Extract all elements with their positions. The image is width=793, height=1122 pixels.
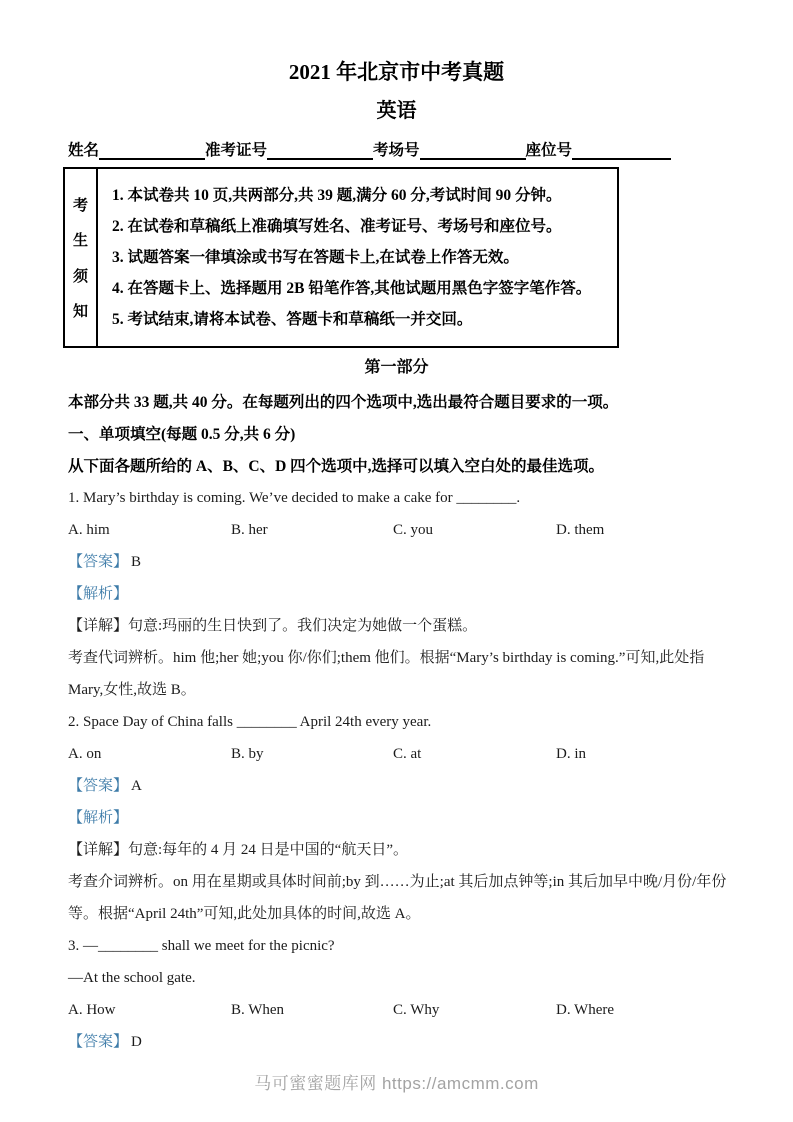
answer-label: 【答案】: [68, 1034, 128, 1050]
exam-room-label: 考场号: [373, 138, 420, 160]
subject-title: 英语: [68, 99, 725, 123]
notice-side-char: 考: [73, 194, 88, 215]
section-one-instruction: 从下面各题所给的 A、B、C、D 四个选项中,选择可以填入空白处的最佳选项。: [68, 457, 725, 476]
page-content: 2021 年北京市中考真题 英语 姓名 准考证号 考场号 座位号 考: [0, 0, 793, 1052]
exam-room-blank-line: [420, 142, 526, 160]
notice-item-3: 3. 试题答案一律填涂或书写在答题卡上,在试卷上作答无效。: [112, 248, 591, 267]
name-field: 姓名: [68, 138, 205, 160]
question-2-stem: 2. Space Day of China falls ________ Apr…: [68, 713, 725, 732]
examinee-notice-box: 考 生 须 知 1. 本试卷共 10 页,共两部分,共 39 题,满分 60 分…: [63, 167, 619, 348]
part-one-heading: 第一部分: [68, 358, 725, 378]
name-field-label: 姓名: [68, 138, 99, 160]
exam-room-field: 考场号: [373, 138, 526, 160]
question-2-explanation-line-2: 考查介词辨析。on 用在星期或具体时间前;by 到……为止;at 其后加点钟等;…: [68, 873, 725, 892]
question-1-options: A. him B. her C. you D. them: [68, 521, 725, 540]
question-2-analysis-line: 【解析】: [68, 809, 725, 828]
answer-label: 【答案】: [68, 778, 128, 794]
question-2-explanation-line-3: 等。根据“April 24th”可知,此处加具体的时间,故选 A。: [68, 905, 725, 924]
question-2-option-b: B. by: [231, 745, 393, 764]
question-3-stem: 3. —________ shall we meet for the picni…: [68, 937, 725, 956]
notice-side-char: 知: [73, 300, 88, 321]
analysis-label: 【解析】: [68, 586, 128, 602]
notice-item-5: 5. 考试结束,请将本试卷、答题卡和草稿纸一并交回。: [112, 310, 591, 329]
student-info-row: 姓名 准考证号 考场号 座位号: [68, 138, 725, 160]
watermark-site-text: 马可蜜蜜题库网 https://amcmm.com: [0, 1069, 793, 1094]
question-3-option-b: B. When: [231, 1001, 393, 1020]
question-3-options: A. How B. When C. Why D. Where: [68, 1001, 725, 1020]
question-1-analysis-line: 【解析】: [68, 585, 725, 604]
admission-number-label: 准考证号: [205, 138, 267, 160]
notice-item-2: 2. 在试卷和草稿纸上准确填写姓名、准考证号、考场号和座位号。: [112, 217, 591, 236]
question-2-option-d: D. in: [556, 745, 725, 764]
answer-label: 【答案】: [68, 554, 128, 570]
notice-item-1: 1. 本试卷共 10 页,共两部分,共 39 题,满分 60 分,考试时间 90…: [112, 186, 591, 205]
examinee-notice-side-label: 考 生 须 知: [65, 169, 98, 346]
section-one-title: 一、单项填空(每题 0.5 分,共 6 分): [68, 425, 725, 444]
question-3-option-d: D. Where: [556, 1001, 725, 1020]
question-block-2: 2. Space Day of China falls ________ Apr…: [68, 713, 725, 924]
question-1-option-a: A. him: [68, 521, 231, 540]
seat-number-blank-line: [572, 142, 671, 160]
question-1-answer-line: 【答案】B: [68, 553, 725, 572]
question-1-explanation-line-2: 考查代词辨析。him 他;her 她;you 你/你们;them 他们。根据“M…: [68, 649, 725, 668]
page-title: 2021 年北京市中考真题: [68, 0, 725, 84]
question-2-option-c: C. at: [393, 745, 556, 764]
examinee-notice-items: 1. 本试卷共 10 页,共两部分,共 39 题,满分 60 分,考试时间 90…: [98, 169, 591, 346]
question-1-option-d: D. them: [556, 521, 725, 540]
question-3-answer: D: [131, 1034, 142, 1050]
question-1-stem: 1. Mary’s birthday is coming. We’ve deci…: [68, 489, 725, 508]
analysis-label: 【解析】: [68, 810, 128, 826]
question-2-options: A. on B. by C. at D. in: [68, 745, 725, 764]
notice-side-char: 须: [73, 265, 88, 286]
notice-item-4: 4. 在答题卡上、选择题用 2B 铅笔作答,其他试题用黑色字签字笔作答。: [112, 279, 591, 298]
question-1-explanation-line-1: 【详解】句意:玛丽的生日快到了。我们决定为她做一个蛋糕。: [68, 617, 725, 636]
question-2-option-a: A. on: [68, 745, 231, 764]
question-2-explanation-line-1: 【详解】句意:每年的 4 月 24 日是中国的“航天日”。: [68, 841, 725, 860]
question-1-option-c: C. you: [393, 521, 556, 540]
name-blank-line: [99, 142, 205, 160]
question-2-answer-line: 【答案】A: [68, 777, 725, 796]
admission-number-field: 准考证号: [205, 138, 373, 160]
question-1-option-b: B. her: [231, 521, 393, 540]
part-one-intro: 本部分共 33 题,共 40 分。在每题列出的四个选项中,选出最符合题目要求的一…: [68, 393, 725, 412]
seat-number-label: 座位号: [526, 138, 573, 160]
question-3-option-a: A. How: [68, 1001, 231, 1020]
question-3-answer-line: 【答案】D: [68, 1033, 725, 1052]
seat-number-field: 座位号: [526, 138, 672, 160]
question-3-stem-reply: —At the school gate.: [68, 969, 725, 988]
question-1-explanation-line-3: Mary,女性,故选 B。: [68, 681, 725, 700]
notice-side-char: 生: [73, 229, 88, 250]
question-block-3: 3. —________ shall we meet for the picni…: [68, 937, 725, 1052]
question-3-option-c: C. Why: [393, 1001, 556, 1020]
question-2-answer: A: [131, 778, 142, 794]
question-block-1: 1. Mary’s birthday is coming. We’ve deci…: [68, 489, 725, 700]
question-1-answer: B: [131, 554, 141, 570]
exam-paper-page: 2021 年北京市中考真题 英语 姓名 准考证号 考场号 座位号 考: [0, 0, 793, 1122]
admission-number-blank-line: [267, 142, 373, 160]
